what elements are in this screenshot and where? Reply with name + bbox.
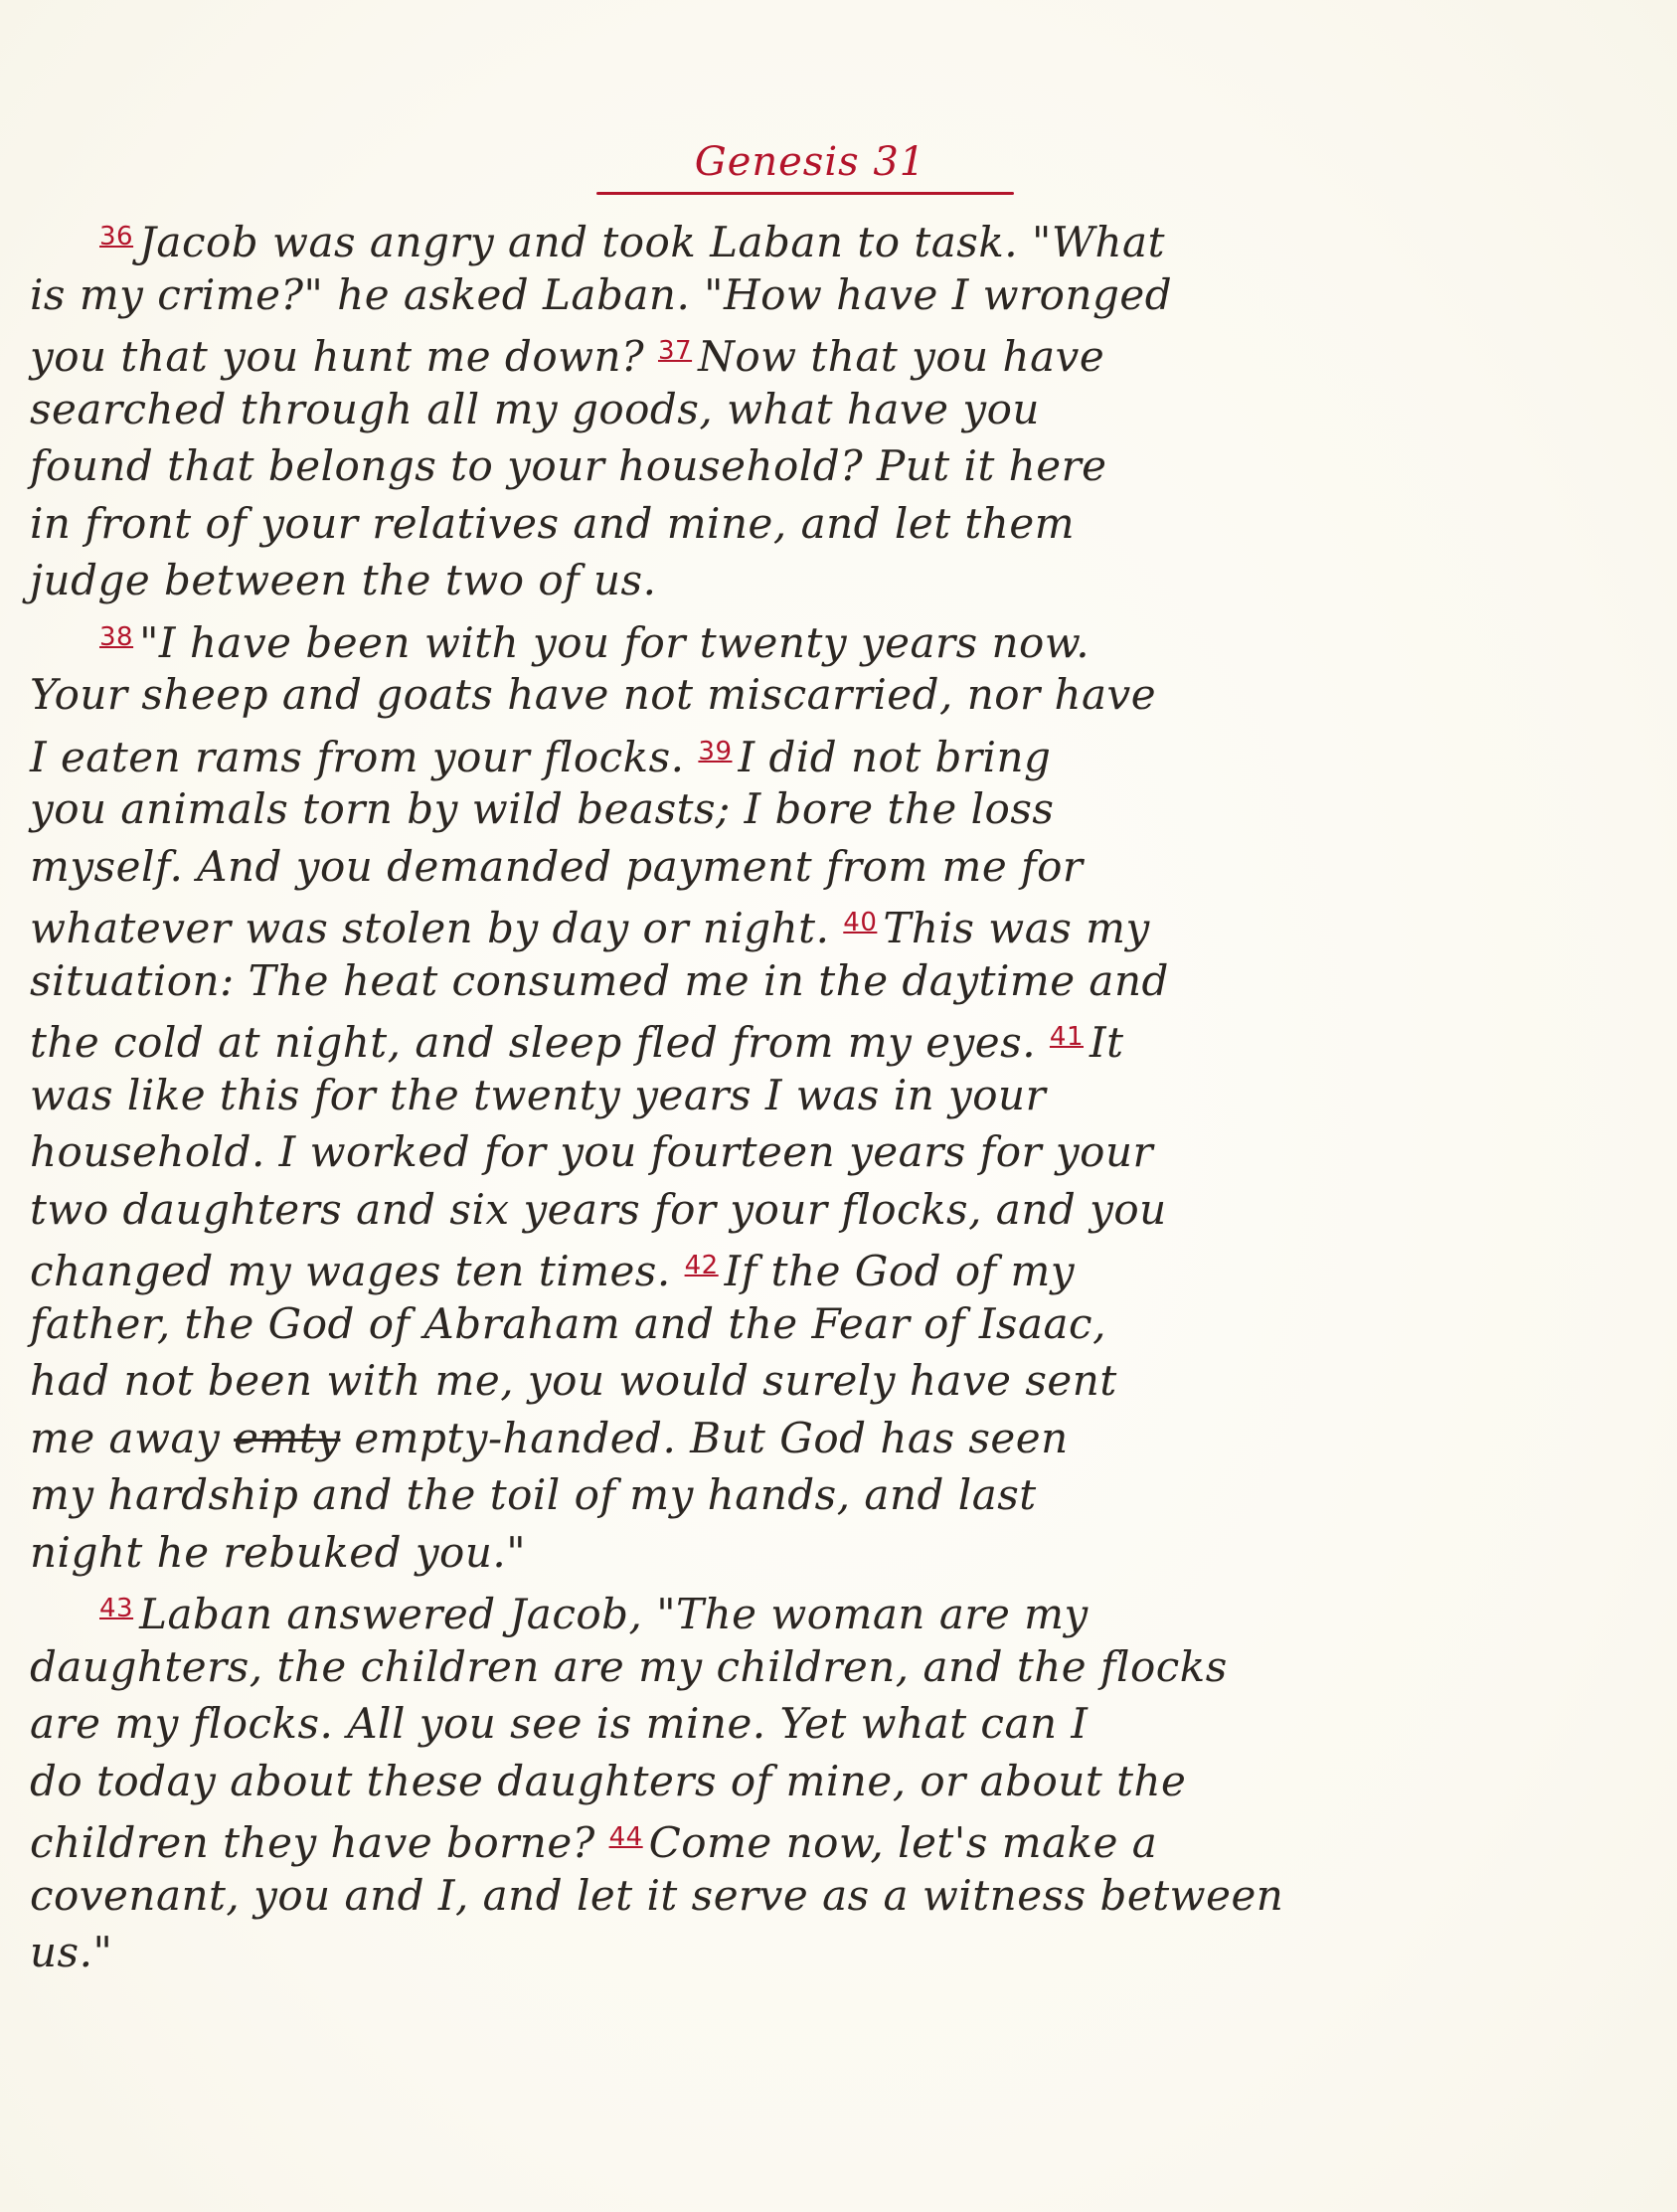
text-line: do today about these daughters of mine, … [30, 1753, 1650, 1810]
line-text: two daughters and six years for your flo… [30, 1185, 1167, 1234]
line-text: changed my wages ten times. [30, 1247, 671, 1295]
text-line: daughters, the children are my children,… [30, 1638, 1650, 1696]
text-line: I eaten rams from your flocks. 39I did n… [30, 724, 1650, 781]
line-text: father, the God of Abraham and the Fear … [30, 1299, 1106, 1348]
line-text: us." [30, 1928, 112, 1976]
line-text: Your sheep and goats have not miscarried… [30, 670, 1156, 719]
line-text: me away [30, 1414, 220, 1462]
line-text: night he rebuked you." [30, 1528, 526, 1577]
text-line: found that belongs to your household? Pu… [30, 437, 1650, 495]
line-text: Come now, let's make a [649, 1818, 1158, 1867]
line-text: do today about these daughters of mine, … [30, 1757, 1186, 1805]
line-text: Jacob was angry and took Laban to task. … [139, 218, 1165, 266]
text-line: whatever was stolen by day or night. 40T… [30, 895, 1650, 952]
line-text: in front of your relatives and mine, and… [30, 499, 1075, 548]
line-text: found that belongs to your household? Pu… [30, 441, 1107, 490]
text-line: is my crime?" he asked Laban. "How have … [30, 266, 1650, 324]
text-line: two daughters and six years for your flo… [30, 1181, 1650, 1239]
line-text: the cold at night, and sleep fled from m… [30, 1018, 1036, 1067]
text-line: was like this for the twenty years I was… [30, 1067, 1650, 1124]
text-line: 38"I have been with you for twenty years… [30, 609, 1650, 667]
struck-out-word: emty [234, 1414, 340, 1462]
line-text: If the God of my [725, 1247, 1075, 1295]
verse-number: 39 [698, 737, 732, 766]
line-text: children they have borne? [30, 1818, 595, 1867]
line-text: It [1090, 1018, 1123, 1067]
line-text: Laban answered Jacob, "The woman are my [139, 1590, 1089, 1638]
text-line: situation: The heat consumed me in the d… [30, 952, 1650, 1010]
text-line: children they have borne? 44Come now, le… [30, 1809, 1650, 1867]
verse-number: 43 [99, 1594, 133, 1623]
text-line: 36Jacob was angry and took Laban to task… [30, 209, 1650, 266]
verse-number: 42 [685, 1251, 719, 1280]
text-line: are my flocks. All you see is mine. Yet … [30, 1695, 1650, 1753]
line-text: I did not bring [739, 733, 1052, 781]
text-line: us." [30, 1924, 1650, 1981]
text-line: household. I worked for you fourteen yea… [30, 1123, 1650, 1181]
line-text: This was my [883, 904, 1149, 952]
verse-number: 38 [99, 622, 133, 652]
text-line: Your sheep and goats have not miscarried… [30, 666, 1650, 724]
verse-number: 36 [99, 222, 133, 252]
text-line: in front of your relatives and mine, and… [30, 495, 1650, 553]
line-text: are my flocks. All you see is mine. Yet … [30, 1699, 1088, 1748]
text-line: searched through all my goods, what have… [30, 381, 1650, 438]
title-underline [596, 192, 1014, 195]
scripture-text: 36Jacob was angry and took Laban to task… [30, 209, 1650, 1981]
text-line: me away emty empty-handed. But God has s… [30, 1410, 1650, 1467]
text-line: judge between the two of us. [30, 552, 1650, 609]
line-text: "I have been with you for twenty years n… [139, 618, 1090, 667]
line-text: daughters, the children are my children,… [30, 1642, 1228, 1691]
line-text: myself. And you demanded payment from me… [30, 842, 1083, 891]
text-line: the cold at night, and sleep fled from m… [30, 1009, 1650, 1067]
text-line: you that you hunt me down? 37Now that yo… [30, 323, 1650, 381]
text-line: had not been with me, you would surely h… [30, 1352, 1650, 1410]
verse-number: 44 [609, 1822, 643, 1852]
text-line: father, the God of Abraham and the Fear … [30, 1295, 1650, 1353]
handwritten-page: Genesis 31 36Jacob was angry and took La… [0, 0, 1677, 2212]
line-text: my hardship and the toil of my hands, an… [30, 1470, 1037, 1519]
line-text: I eaten rams from your flocks. [30, 733, 685, 781]
line-text: you animals torn by wild beasts; I bore … [30, 784, 1054, 833]
page-title: Genesis 31 [695, 139, 926, 185]
line-text: covenant, you and I, and let it serve as… [30, 1871, 1283, 1920]
line-text: household. I worked for you fourteen yea… [30, 1127, 1153, 1176]
verse-number: 40 [843, 908, 877, 937]
line-text: judge between the two of us. [30, 556, 656, 604]
line-text: was like this for the twenty years I was… [30, 1071, 1046, 1119]
verse-number: 41 [1050, 1022, 1084, 1052]
line-text: situation: The heat consumed me in the d… [30, 956, 1169, 1005]
text-line: night he rebuked you." [30, 1524, 1650, 1582]
line-text: is my crime?" he asked Laban. "How have … [30, 270, 1172, 319]
text-line: my hardship and the toil of my hands, an… [30, 1466, 1650, 1524]
verse-number: 37 [658, 336, 692, 366]
page-title-container: Genesis 31 [596, 139, 1024, 185]
text-line: changed my wages ten times. 42If the God… [30, 1238, 1650, 1295]
line-text: empty-handed. But God has seen [354, 1414, 1068, 1462]
line-text: whatever was stolen by day or night. [30, 904, 829, 952]
text-line: myself. And you demanded payment from me… [30, 838, 1650, 896]
text-line: covenant, you and I, and let it serve as… [30, 1867, 1650, 1925]
text-line: you animals torn by wild beasts; I bore … [30, 780, 1650, 838]
line-text: had not been with me, you would surely h… [30, 1356, 1117, 1405]
line-text: you that you hunt me down? [30, 332, 644, 381]
text-line: 43Laban answered Jacob, "The woman are m… [30, 1581, 1650, 1638]
line-text: searched through all my goods, what have… [30, 385, 1040, 433]
line-text: Now that you have [698, 332, 1104, 381]
